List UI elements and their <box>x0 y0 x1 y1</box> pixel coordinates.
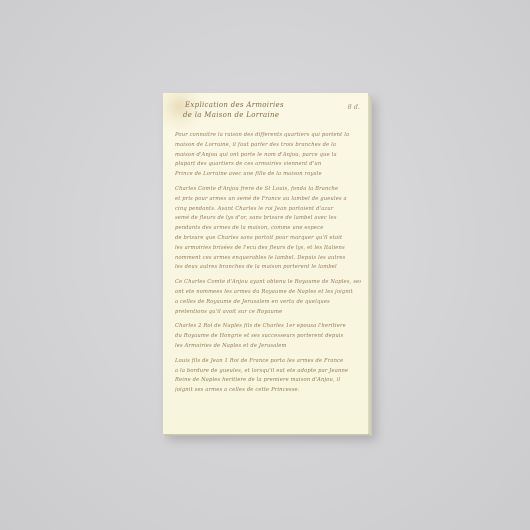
manuscript-title-line-1: Explication des Armoiries <box>183 100 363 110</box>
text-line: cinq pendants. Avant Charles le roi Jean… <box>175 205 361 215</box>
manuscript-title-line-2: de la Maison de Lorraine <box>183 110 363 120</box>
text-line: maison d'Anjou qui ont porte le nom d'An… <box>175 151 361 161</box>
text-line: les armoiries brisées de l'ecu des fleur… <box>175 244 361 254</box>
text-line: maison de Lorraine, il faut parler des t… <box>175 141 361 151</box>
text-line: ont ete nommees les armes du Royaume de … <box>175 288 361 298</box>
text-line: Charles Comte d'Anjou frere de St Louis,… <box>175 185 361 195</box>
text-line: a celles de Royaume de Jerusalem en vert… <box>175 298 361 308</box>
text-line: et pris pour armes un semé de France au … <box>175 195 361 205</box>
text-line: Ce Charles Comte d'Anjou ayant obtenu le… <box>175 278 361 288</box>
paragraph-1: Pour connoitre la raison des differents … <box>175 131 361 180</box>
text-line: nomment ces armes enquerables le lambel.… <box>175 254 361 264</box>
text-line: joignit ses armes a celles de cette Prin… <box>175 386 361 396</box>
text-line: Reine de Naples heritiere de la premiere… <box>175 376 361 386</box>
page-number: 8 d. <box>348 103 360 111</box>
text-line: semé de fleurs de lys d'or, sans brisure… <box>175 214 361 224</box>
text-line: pendants des armes de la maison, comme u… <box>175 224 361 234</box>
canvas-print: Explication des Armoiries de la Maison d… <box>163 93 368 434</box>
text-line: pretentions qu'il avoit sur ce Royaume <box>175 308 361 318</box>
text-line: les deux autres branches de la maison po… <box>175 263 361 273</box>
text-line: Pour connoitre la raison des differents … <box>175 131 361 141</box>
paragraph-4: Charles 2 Roi de Naples fils de Charles … <box>175 322 361 351</box>
paragraph-3: Ce Charles Comte d'Anjou ayant obtenu le… <box>175 278 361 317</box>
manuscript-body: Pour connoitre la raison des differents … <box>175 131 361 401</box>
text-line: Prince de Lorraine avec une fille de la … <box>175 170 361 180</box>
manuscript-header: Explication des Armoiries de la Maison d… <box>183 100 363 120</box>
text-line: du Royaume de Hongrie et ses successeurs… <box>175 332 361 342</box>
text-line: plupart des quartiers de ces armoiries v… <box>175 160 361 170</box>
paragraph-2: Charles Comte d'Anjou frere de St Louis,… <box>175 185 361 273</box>
text-line: Louis fils de Jean 1 Roi de France porta… <box>175 357 361 367</box>
text-line: Charles 2 Roi de Naples fils de Charles … <box>175 322 361 332</box>
text-line: de brisure que Charles sans portoit pour… <box>175 234 361 244</box>
paragraph-5: Louis fils de Jean 1 Roi de France porta… <box>175 357 361 396</box>
text-line: les Armoiries de Naples et de Jerusalem <box>175 342 361 352</box>
text-line: a la bordure de gueules, et lorsqu'il eu… <box>175 367 361 377</box>
